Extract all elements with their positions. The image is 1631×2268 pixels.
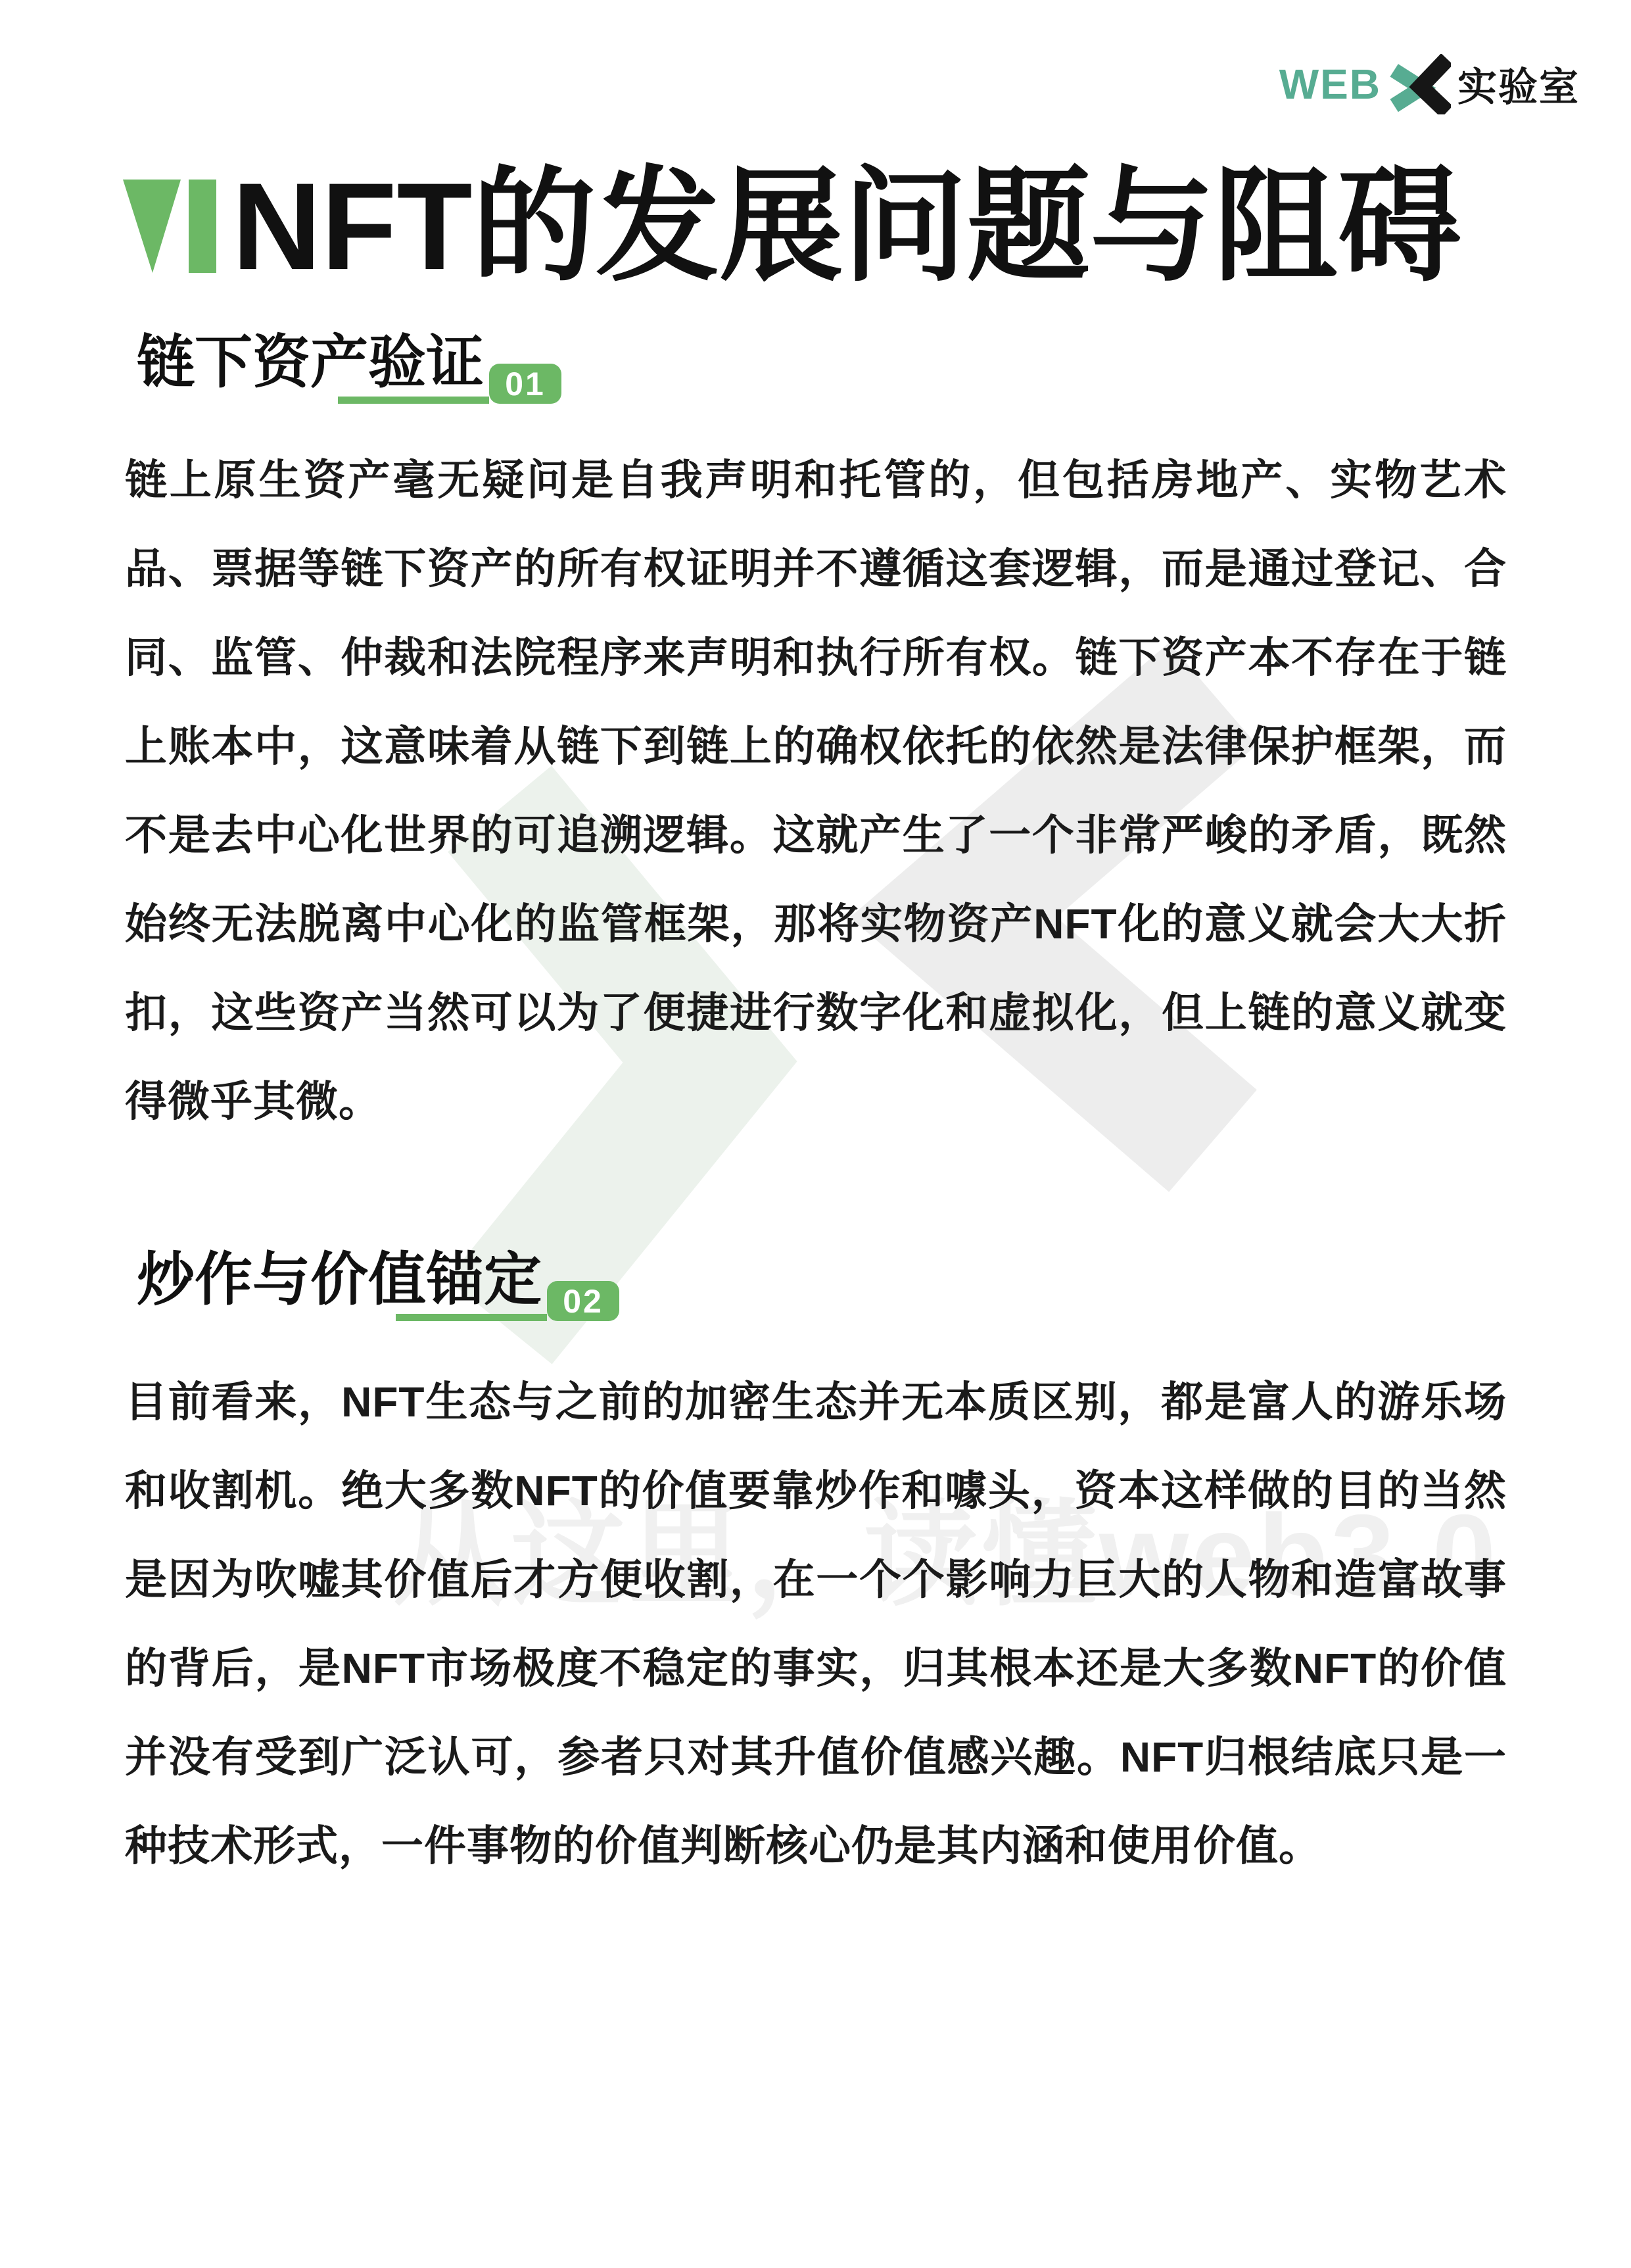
logo-x-icon	[1388, 54, 1451, 114]
section-2-number-badge: 02	[547, 1281, 619, 1321]
section-2-paragraph: 目前看来，NFT生态与之前的加密生态并无本质区别，都是富人的游乐场和收割机。绝大…	[125, 1358, 1507, 1891]
page-title: NFT的发展问题与阻碍	[232, 164, 1461, 288]
section-1-number-badge: 01	[489, 364, 561, 404]
brand-logo: WEB 实验室	[1279, 54, 1580, 114]
section-1-heading: 链下资产验证	[137, 332, 484, 393]
logo-web-text: WEB	[1279, 60, 1381, 109]
section-1-heading-row: 链下资产验证 01	[137, 332, 561, 393]
logo-lab-text: 实验室	[1457, 56, 1580, 112]
title-marker-icon	[122, 178, 218, 274]
section-1-paragraph: 链上原生资产毫无疑问是自我声明和托管的，但包括房地产、实物艺术品、票据等链下资产…	[125, 436, 1507, 1146]
page-title-row: NFT的发展问题与阻碍	[122, 164, 1461, 288]
section-2-heading-row: 炒作与价值锚定 02	[137, 1249, 619, 1310]
section-2-heading: 炒作与价值锚定	[137, 1249, 542, 1310]
page: 从这里，读懂web3.0 WEB 实验室 NFT的发展问题与阻碍 链下资产验证 …	[0, 0, 1631, 2268]
